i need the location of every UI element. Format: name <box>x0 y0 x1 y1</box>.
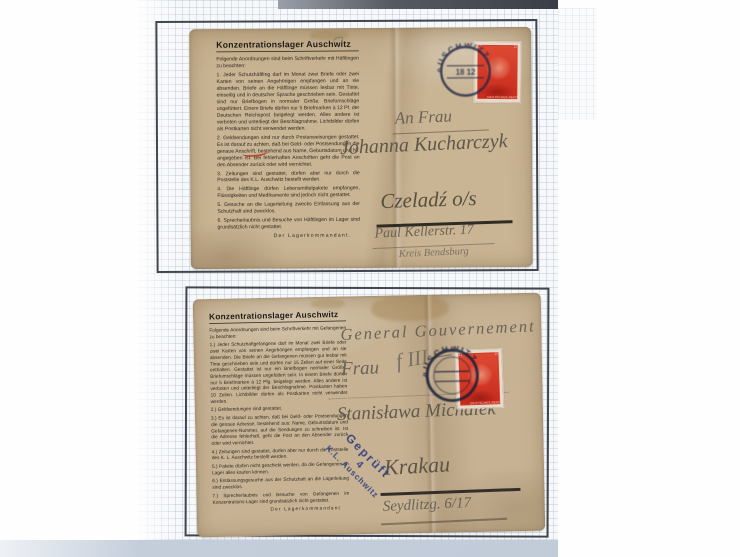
address-street: Paul Kellerstr. 17 <box>374 222 474 242</box>
camp-imprint-signature: Der Lagerkommandant <box>213 506 350 515</box>
camp-rule-3: 3. Zeitungen sind gestattet, dürfen aber… <box>217 170 360 184</box>
bottom-envelope: Konzentrationslager Auschwitz Folgende A… <box>193 293 546 538</box>
camp-rule-1: 1. Jeder Schutzhäftling darf im Monat zw… <box>216 71 359 133</box>
camp-rule-2: 2. Geldsendungen sind nur durch Postanwe… <box>217 134 360 169</box>
postmark-town: AUSCHWITZ <box>423 346 480 378</box>
stain <box>311 298 345 309</box>
camp-imprint: Konzentrationslager Auschwitz Folgende A… <box>209 310 350 516</box>
address-street-underline <box>381 518 507 525</box>
address-salutation: An Frau <box>394 106 452 128</box>
camp-imprint: Konzentrationslager Auschwitz Folgende A… <box>216 40 360 243</box>
photo-top-edge <box>278 0 558 9</box>
camp-rule-4: 4. Die Häftlinge dürfen Lebensmittelpake… <box>217 186 360 200</box>
address-district: Kreis Bendsburg <box>399 246 470 260</box>
top-envelope: Konzentrationslager Auschwitz Folgende A… <box>189 27 533 269</box>
camp-rule-5: 5.) Pakete dürfen nicht geschickt werden… <box>212 462 349 477</box>
camp-imprint-title: Konzentrationslager Auschwitz <box>209 310 346 323</box>
address-town: Czeladź o/s <box>380 186 477 214</box>
address-name: Johanna Kucharczyk <box>340 130 508 160</box>
postmark-date: 18 12 <box>456 67 476 76</box>
camp-rule-5: 5. Gesuche an die Lagerleitung zwecks En… <box>217 202 360 216</box>
camp-imprint-intro: Folgende Anordnungen sind beim Schriftve… <box>209 326 346 341</box>
camp-rule-2: 2.) Geldsendungen sind gestattet. <box>211 405 348 414</box>
graph-paper-right-patch <box>558 8 596 120</box>
camp-imprint-intro: Folgende Anordnungen sind beim Schriftve… <box>216 56 359 70</box>
camp-rule-1: 1.) Jeder Schutzhaftgefangene darf im Mo… <box>210 340 348 405</box>
camp-rule-6: 6.) Entlassungsgesuche aus der Schutzhaf… <box>212 476 349 491</box>
camp-rule-7: 7.) Sprecherlaubnis und Besuche von Gefa… <box>212 491 349 506</box>
address-salutation: Frau <box>341 357 380 380</box>
tape-stain <box>371 294 449 321</box>
camp-imprint-signature: Der Lagerkommandant. <box>218 233 361 241</box>
camp-imprint-title: Konzentrationslager Auschwitz <box>216 40 359 52</box>
svg-text:AUSCHWITZ: AUSCHWITZ <box>423 346 480 378</box>
postmark: AUSCHWITZ 18 12 <box>437 43 493 99</box>
stamp-value: 12 <box>514 45 518 49</box>
photo-of-album-page: Konzentrationslager Auschwitz Folgende A… <box>0 0 740 557</box>
stamp-value: 12 <box>494 352 498 356</box>
table-edge <box>0 540 558 557</box>
address-region: General Gouvernement <box>340 316 536 345</box>
camp-rule-6: 6. Sprecherlaubnis und Besuche von Häftl… <box>217 217 360 231</box>
postmark: AUSCHWITZ <box>423 346 482 405</box>
